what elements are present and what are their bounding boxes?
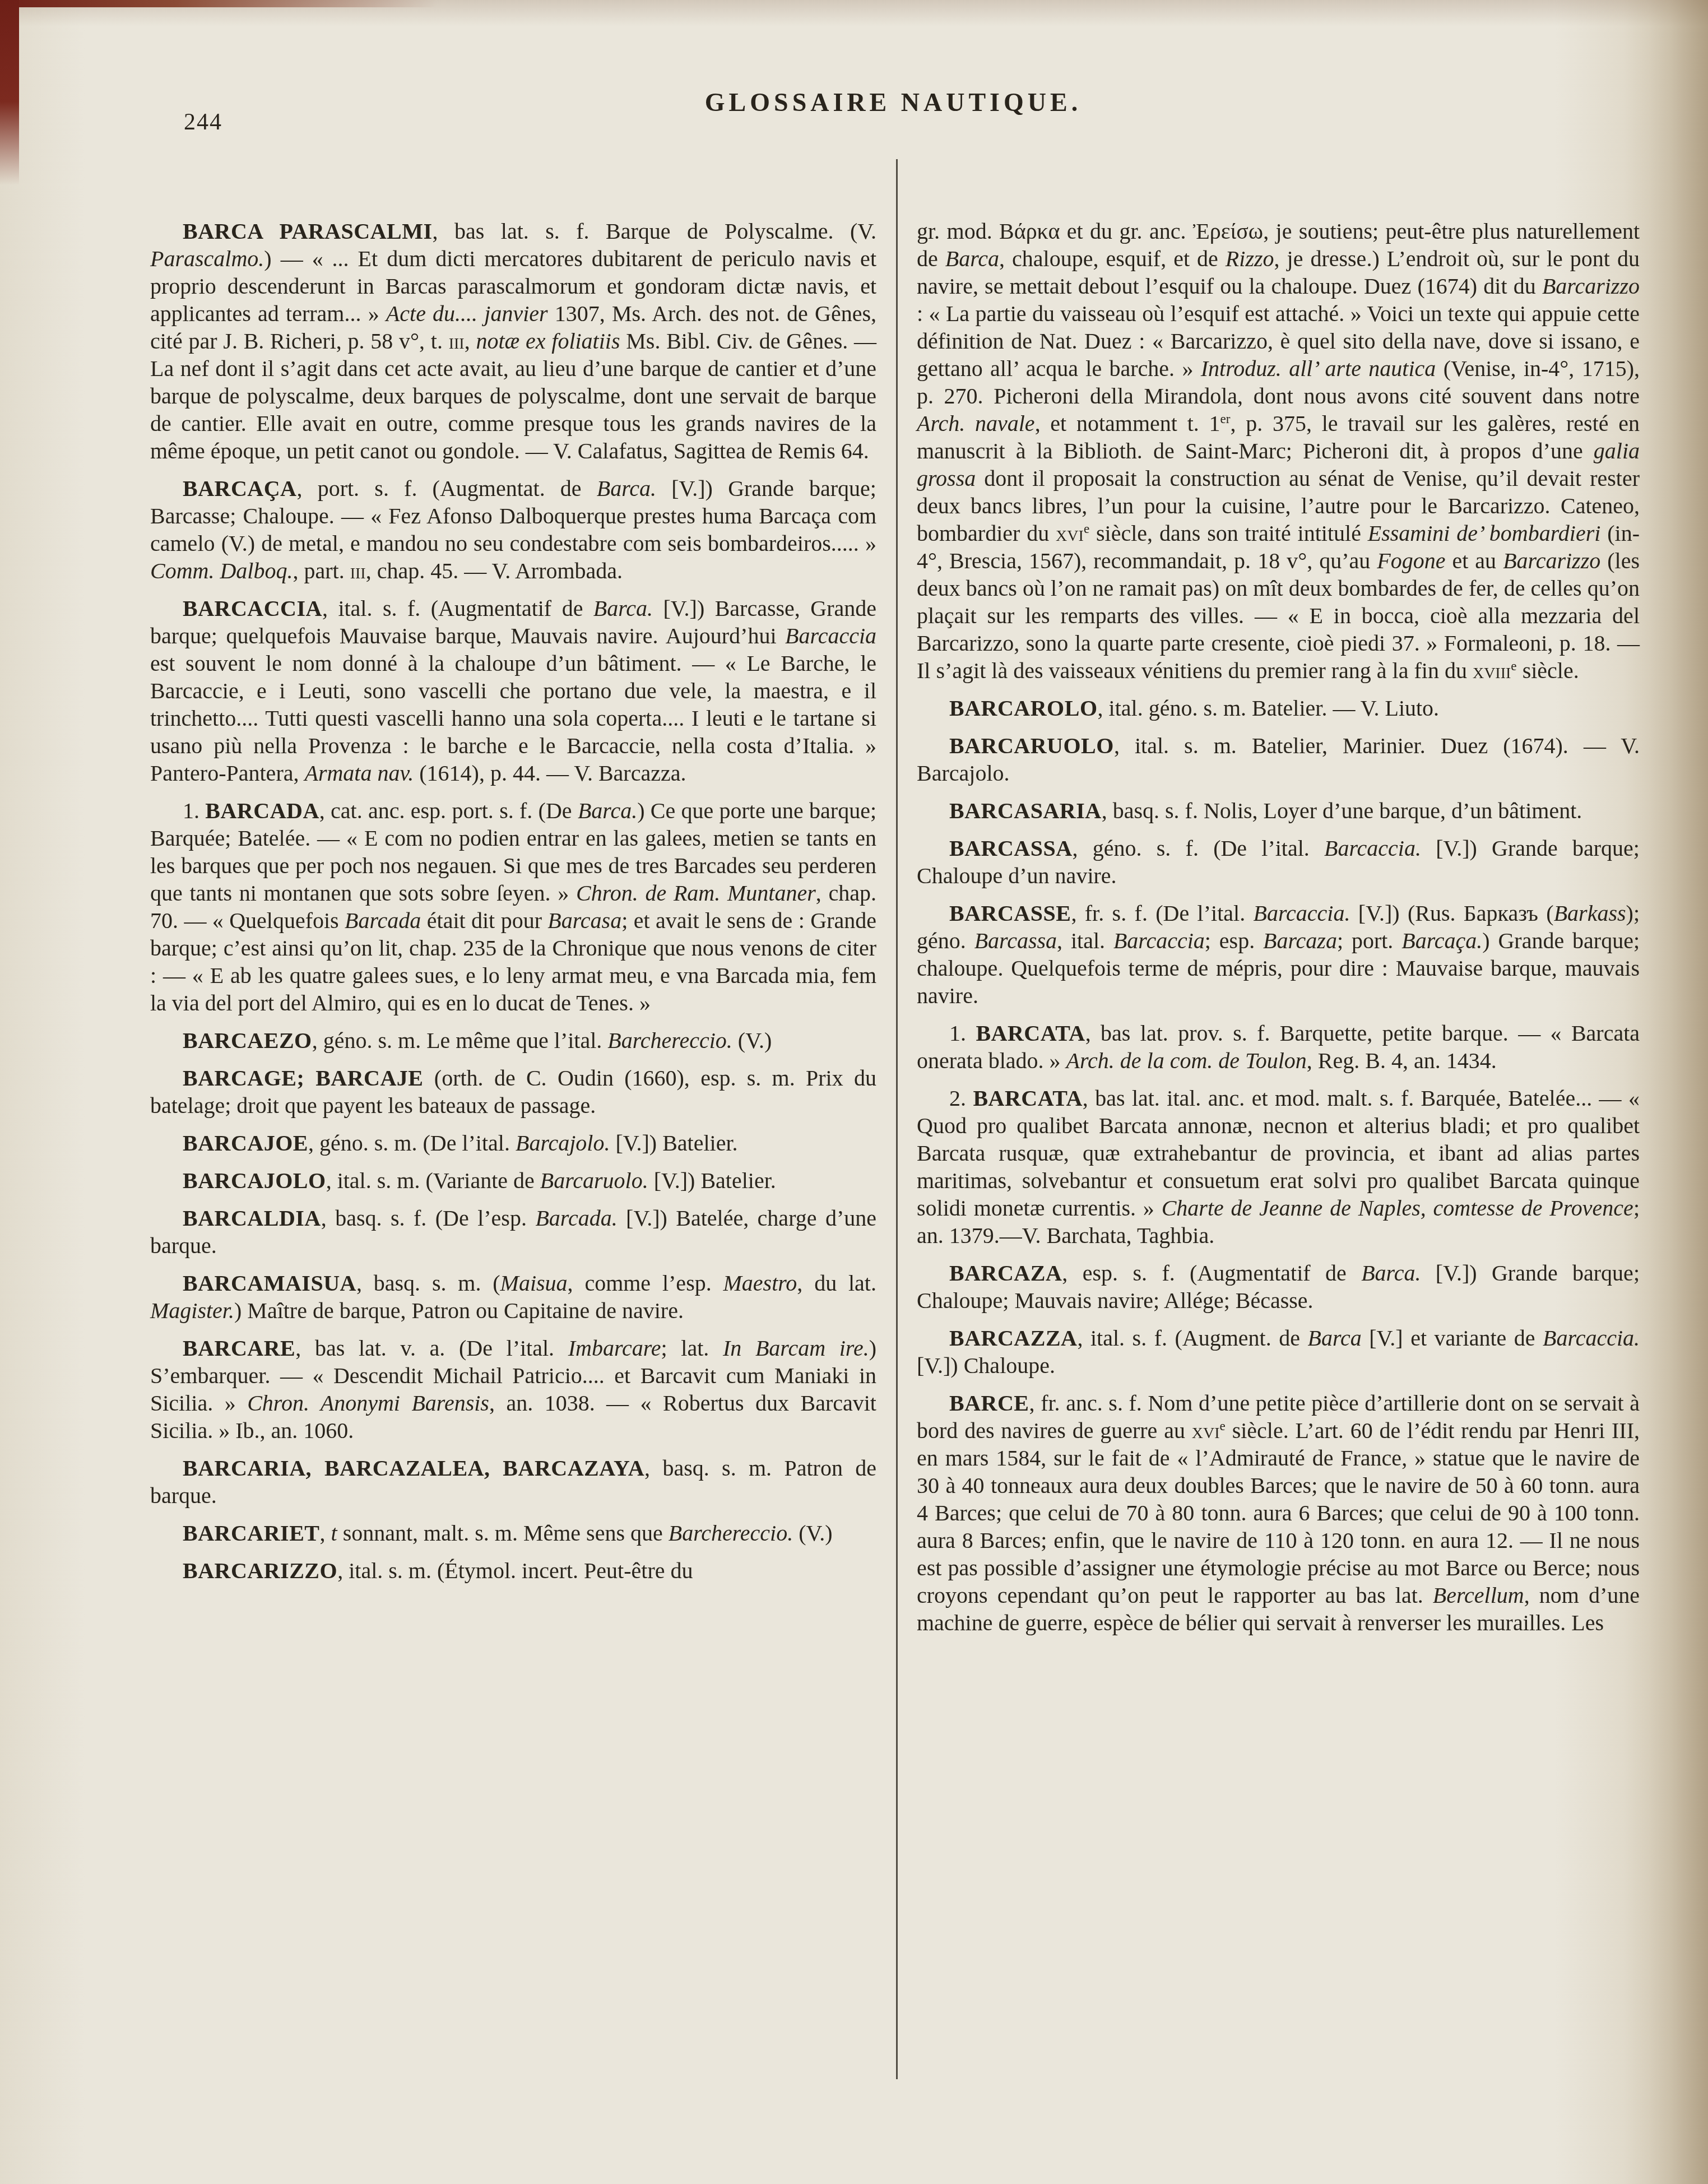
dictionary-entry: BARCALDIA, basq. s. f. (De l’esp. Barcad… <box>150 1204 876 1259</box>
dictionary-entry: gr. mod. Βάρκα et du gr. anc. Ἐρείσω, je… <box>917 217 1640 684</box>
dictionary-entry: BARCARE, bas lat. v. a. (De l’ital. Imba… <box>150 1334 876 1444</box>
dictionary-entry: BARCARIZZO, ital. s. m. (Étymol. incert.… <box>150 1557 876 1584</box>
dictionary-entry: BARCAJOE, géno. s. m. (De l’ital. Barcaj… <box>150 1129 876 1157</box>
dictionary-entry: BARCARIA, BARCAZALEA, BARCAZAYA, basq. s… <box>150 1454 876 1509</box>
dictionary-entry: BARCAZZA, ital. s. f. (Augment. de Barca… <box>917 1324 1640 1379</box>
dictionary-entry: BARCARUOLO, ital. s. m. Batelier, Marini… <box>917 732 1640 787</box>
dictionary-entry: BARCE, fr. anc. s. f. Nom d’une petite p… <box>917 1389 1640 1636</box>
dictionary-entry: 2. BARCATA, bas lat. ital. anc. et mod. … <box>917 1084 1640 1249</box>
left-text-column: BARCA PARASCALMI, bas lat. s. f. Barque … <box>150 217 876 1594</box>
dictionary-entry: 1. BARCATA, bas lat. prov. s. f. Barquet… <box>917 1019 1640 1074</box>
dictionary-entry: BARCASSA, géno. s. f. (De l’ital. Barcac… <box>917 834 1640 889</box>
dictionary-entry: BARCAZA, esp. s. f. (Augmentatif de Barc… <box>917 1259 1640 1314</box>
dictionary-entry: BARCAEZO, géno. s. m. Le même que l’ital… <box>150 1027 876 1054</box>
dictionary-entry: BARCACCIA, ital. s. f. (Augmentatif de B… <box>150 595 876 787</box>
dictionary-entry: BARCASARIA, basq. s. f. Nolis, Loyer d’u… <box>917 797 1640 824</box>
dictionary-entry: BARCA PARASCALMI, bas lat. s. f. Barque … <box>150 217 876 465</box>
dictionary-entry: BARCASSE, fr. s. f. (De l’ital. Barcacci… <box>917 899 1640 1009</box>
scanned-book-page: { "page": { "number": "244", "header": "… <box>0 0 1708 2184</box>
dictionary-entry: BARCARIET, t sonnant, malt. s. m. Même s… <box>150 1519 876 1547</box>
scan-binding-edge-left <box>0 0 19 185</box>
dictionary-entry: 1. BARCADA, cat. anc. esp. port. s. f. (… <box>150 797 876 1017</box>
dictionary-entry: BARCAÇA, port. s. f. (Augmentat. de Barc… <box>150 475 876 585</box>
scan-binding-edge-top <box>0 0 437 7</box>
running-head-title: GLOSSAIRE NAUTIQUE. <box>78 87 1708 117</box>
column-divider-rule <box>896 159 898 2079</box>
right-text-column: gr. mod. Βάρκα et du gr. anc. Ἐρείσω, je… <box>917 217 1640 1647</box>
dictionary-entry: BARCAMAISUA, basq. s. m. (Maisua, comme … <box>150 1269 876 1324</box>
dictionary-entry: BARCAROLO, ital. géno. s. m. Batelier. —… <box>917 694 1640 722</box>
dictionary-entry: BARCAJOLO, ital. s. m. (Variante de Barc… <box>150 1167 876 1194</box>
dictionary-entry: BARCAGE; BARCAJE (orth. de C. Oudin (166… <box>150 1064 876 1119</box>
